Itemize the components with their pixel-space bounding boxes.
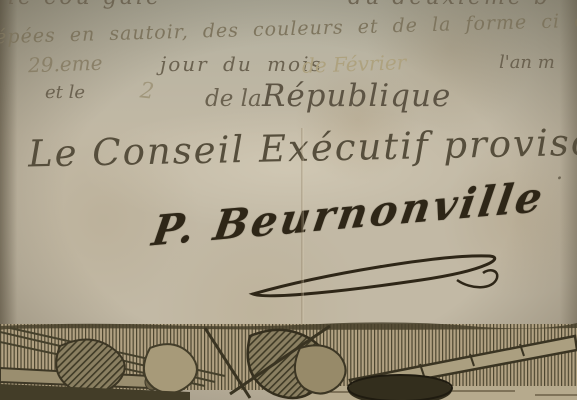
printed-de-la: de la — [205, 86, 262, 112]
handwritten-line2: épées en sautoir, des couleurs et de la … — [0, 6, 577, 48]
engraving-vignette — [0, 318, 577, 400]
handwritten-line1-left-fragment: le cou gale — [8, 0, 162, 10]
handwritten-line1-right-fragment: du deuxième b — [348, 0, 551, 10]
printed-republique: République — [262, 78, 451, 114]
printed-jour-du-mois: jour du mois — [160, 52, 323, 76]
handwritten-year-number: 2 — [139, 78, 156, 104]
headline-punctuation: . — [556, 160, 563, 185]
printed-et-le: et le — [45, 82, 85, 103]
printed-year-fragment: l'an m — [499, 52, 555, 73]
paper-crease — [301, 128, 304, 333]
handwritten-month-faint: de Février — [302, 50, 407, 78]
signature-flourish — [243, 246, 523, 306]
document-photo: le cou gale du deuxième b épées en sauto… — [0, 0, 577, 400]
handwritten-day-number: 29.eme — [28, 51, 103, 78]
signature-beurnonville: P. Beurnonville — [149, 172, 549, 255]
